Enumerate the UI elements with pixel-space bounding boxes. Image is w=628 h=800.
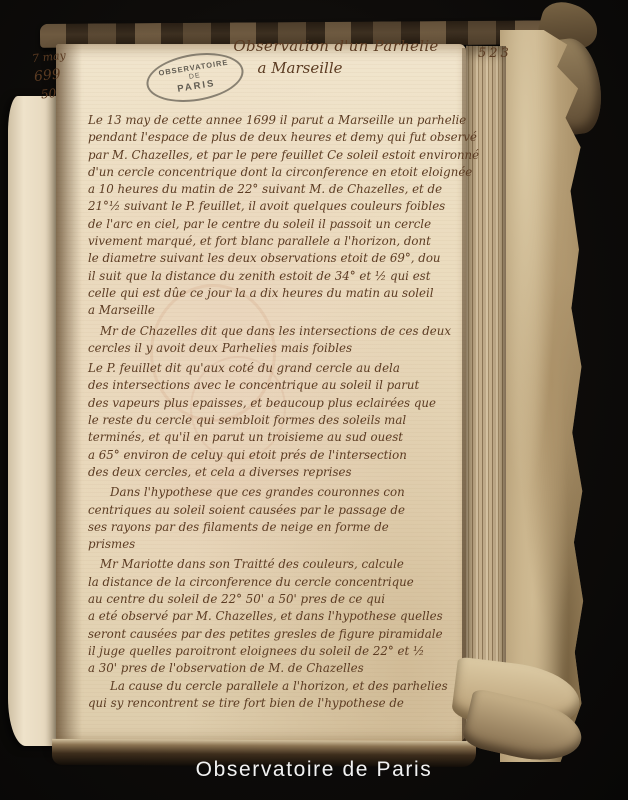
margin-notes: 7 may 699 50 [31, 45, 96, 105]
manuscript-line: la distance de la circonference du cercl… [88, 574, 462, 591]
manuscript-line: a Marseille [88, 302, 462, 319]
page-title-line1: Observation d'un Parhelie [208, 37, 464, 55]
manuscript-line: qui sy rencontrent se tire fort bien de … [88, 695, 462, 712]
manuscript-line: Mr Mariotte dans son Traitté des couleur… [88, 556, 462, 573]
manuscript-line: Le P. feuillet dit qu'aux coté du grand … [88, 360, 462, 377]
page-title-line2: a Marseille [228, 59, 372, 77]
manuscript-line: a 65° environ de celuy qui etoit prés de… [88, 447, 462, 464]
manuscript-photo: 7 may 699 50 OBSERVATOIRE DE PARIS Obser… [0, 0, 628, 800]
manuscript-line: des deux cercles, et cela a diverses rep… [88, 464, 462, 481]
manuscript-line: La cause du cercle parallele a l'horizon… [88, 678, 462, 695]
manuscript-line: a 10 heures du matin de 22° suivant M. d… [88, 181, 462, 198]
manuscript-line: au centre du soleil de 22° 50' a 50' pre… [88, 591, 462, 608]
manuscript-line: cercles il y avoit deux Parhelies mais f… [88, 340, 462, 357]
manuscript-line: des vapeurs plus epaisses, et beaucoup p… [88, 395, 462, 412]
manuscript-line: prismes [88, 536, 462, 553]
manuscript-line: 21°½ suivant le P. feuillet, il avoit qu… [88, 198, 462, 215]
manuscript-line: Dans l'hypothese que ces grandes couronn… [88, 484, 462, 501]
manuscript-line: seront causées par des petites gresles d… [88, 626, 462, 643]
manuscript-text: Le 13 may de cette annee 1699 il parut a… [88, 112, 462, 712]
manuscript-line: centriques au soleil soient causées par … [88, 502, 462, 519]
manuscript-line: ses rayons par des filaments de neige en… [88, 519, 462, 536]
manuscript-line: pendant l'espace de plus de deux heures … [88, 129, 462, 146]
manuscript-line: par M. Chazelles, et par le pere feuille… [88, 147, 462, 164]
manuscript-line: d'un cercle concentrique dont la circonf… [88, 164, 462, 181]
manuscript-line: le diametre suivant les deux observation… [88, 250, 462, 267]
manuscript-line: le reste du cercle qui sembloit formes d… [88, 412, 462, 429]
manuscript-line: il juge quelles paroitront eloignees du … [88, 643, 462, 660]
photo-caption: Observatoire de Paris [0, 758, 628, 782]
page-number: 523 [478, 46, 512, 61]
stamp-text-line3: PARIS [177, 78, 217, 95]
gutter-shadow [56, 44, 82, 744]
manuscript-line: des intersections avec le concentrique a… [88, 377, 462, 394]
manuscript-line: de l'arc en ciel, par le centre du solei… [88, 216, 462, 233]
facing-page-sliver [8, 96, 60, 746]
manuscript-line: vivement marqué, et fort blanc parallele… [88, 233, 462, 250]
book-fore-edge [500, 30, 584, 762]
manuscript-line: Mr de Chazelles dit que dans les interse… [88, 323, 462, 340]
manuscript-line: il suit que la distance du zenith estoit… [88, 268, 462, 285]
manuscript-line: terminés, et qu'il en parut un troisieme… [88, 429, 462, 446]
manuscript-line: a 30' pres de l'observation de M. de Cha… [88, 660, 462, 677]
manuscript-line: celle qui est dûe ce jour la a dix heure… [88, 285, 462, 302]
manuscript-line: Le 13 may de cette annee 1699 il parut a… [88, 112, 462, 129]
manuscript-line: a eté observé par M. Chazelles, et dans … [88, 608, 462, 625]
